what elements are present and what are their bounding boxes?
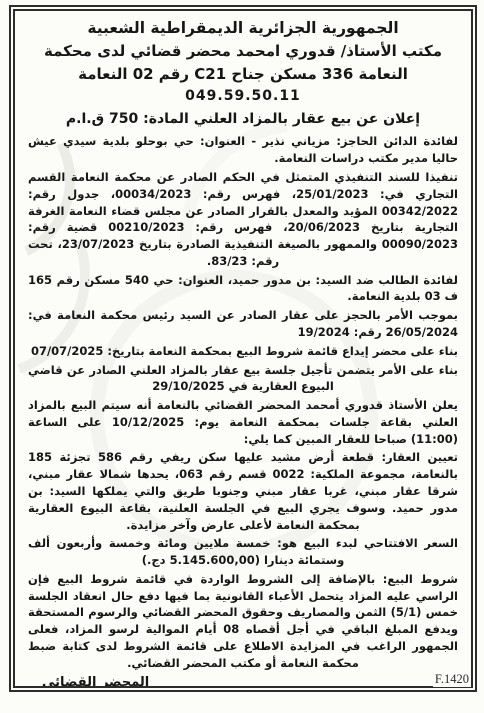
paragraph-seizure-order: بموجب الأمر بالحجز على عقار الصادر عن ال… bbox=[28, 307, 458, 341]
paragraph-debtor: لفائدة الطالب ضد السيد: بن مدور حميد، ال… bbox=[28, 272, 458, 306]
paragraph-executive-title: تنفيذا للسند التنفيذي المتمثل في الحكم ا… bbox=[28, 169, 458, 270]
reference-number: F.1420 bbox=[433, 672, 471, 687]
phone-number: 049.59.50.11 bbox=[28, 87, 458, 106]
office-address-heading: النعامة 336 مسكن جناح C21 رقم 02 النعامة bbox=[28, 64, 458, 85]
announcement-title: إعلان عن بيع عقار بالمزاد العلني المادة:… bbox=[28, 110, 458, 129]
bailiff-signature: المحضر القضائي bbox=[28, 675, 458, 686]
bailiff-office-heading: مكتب الأستاذ/ قدوري امحمد محضر قضائي لدى… bbox=[28, 41, 458, 62]
document-outer-border: الجمهورية الجزائرية الديمقراطية الشعبية … bbox=[9, 5, 477, 692]
document-inner-border: الجمهورية الجزائرية الديمقراطية الشعبية … bbox=[13, 9, 473, 688]
republic-heading: الجمهورية الجزائرية الديمقراطية الشعبية bbox=[28, 18, 458, 39]
document-content: الجمهورية الجزائرية الديمقراطية الشعبية … bbox=[15, 11, 471, 686]
paragraph-auction-session: يعلن الأستاذ قدوري أمحمد المحضر القضائي … bbox=[28, 397, 458, 447]
paragraph-opening-price: السعر الافتتاحي لبدء البيع هو: خمسة ملاي… bbox=[28, 535, 458, 569]
document-sheet: الجمهورية الجزائرية الديمقراطية الشعبية … bbox=[0, 0, 484, 713]
paragraph-deposit-report: بناء على محضر إيداع قائمة شروط البيع بمح… bbox=[28, 343, 458, 360]
paragraph-creditor: لفائدة الدائن الحاجز: مزياني نذير - العن… bbox=[28, 133, 458, 167]
paragraph-sale-conditions: شروط البيع: بالإضافة إلى الشروط الواردة … bbox=[28, 571, 458, 672]
paragraph-postponement: بناء على الأمر يتضمن تأجيل جلسة بيع عقار… bbox=[28, 362, 458, 396]
paragraph-property-description: تعيين العقار: قطعة أرض مشيد عليها سكن ري… bbox=[28, 449, 458, 533]
